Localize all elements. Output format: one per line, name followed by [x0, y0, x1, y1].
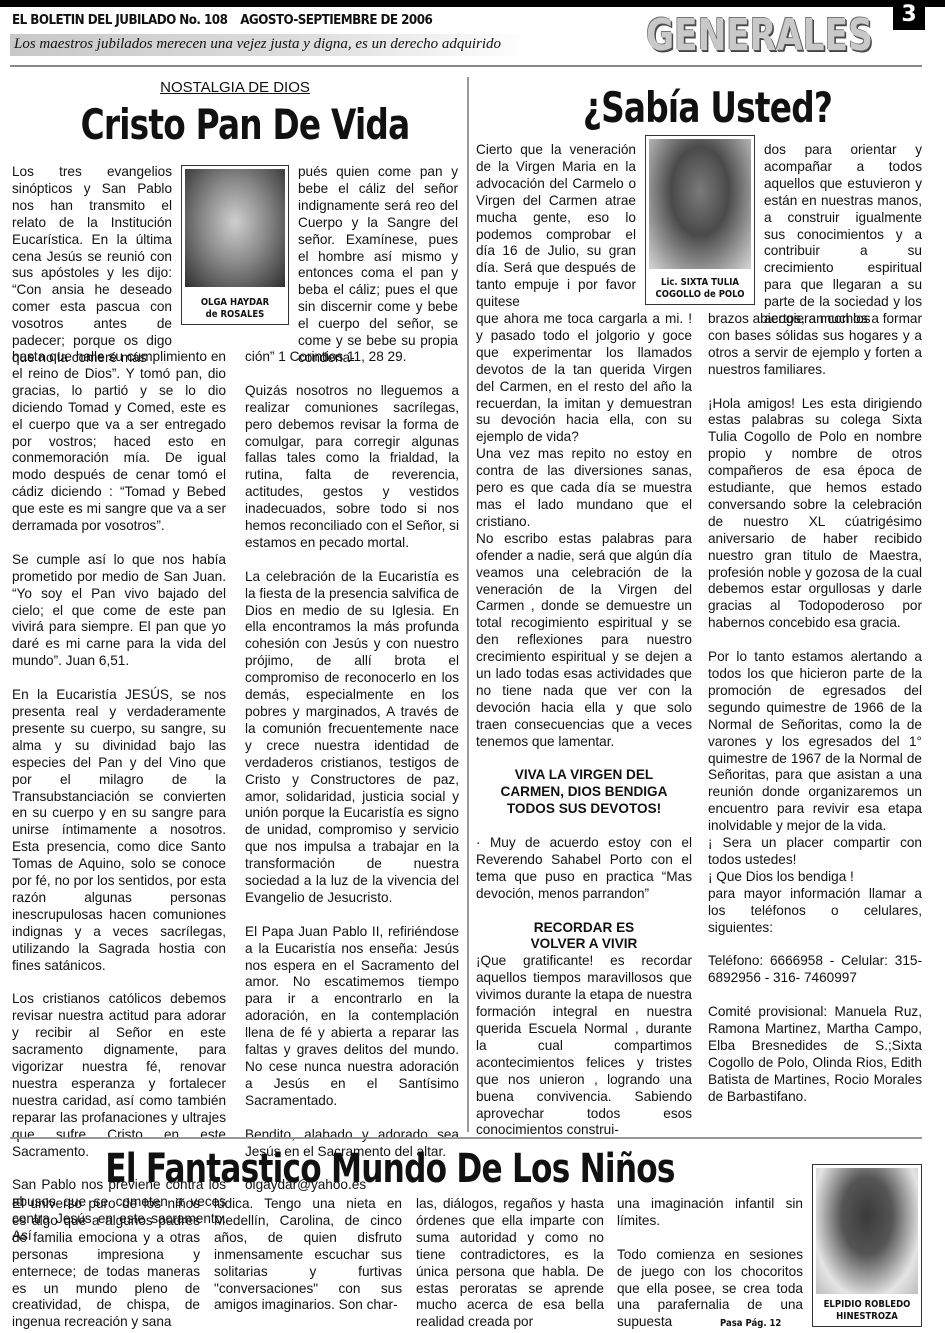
header-divider — [10, 65, 922, 67]
article2-col4-intro: dos para orientar y acompañar a todos aq… — [764, 142, 922, 328]
article1-col2: ción” 1 Corintios 11, 28 29. Quizás noso… — [245, 349, 459, 1194]
author-photo-olga-haydar: OLGA HAYDAR de ROSALES — [181, 165, 289, 325]
article3-col1: El universo puro de los niños es algo qu… — [12, 1196, 200, 1331]
contact-phones: Teléfono: 6666958 - Celular: 315-6892956… — [708, 953, 922, 987]
author-photo-elpidio-robledo: ELPIDIO ROBLEDO HINESTROZA — [812, 1164, 922, 1327]
portrait-image — [649, 139, 751, 269]
section-title: GENERALES — [646, 12, 873, 60]
article2-col3-intro: Cierto que la veneración de la Virgen Ma… — [476, 142, 636, 311]
article2-headline: ¿Sabía Usted? — [522, 85, 893, 131]
section-divider — [10, 1137, 922, 1139]
committee-list: Comité provisional: Manuela Ruz, Ramona … — [708, 1004, 922, 1105]
article1-col1: hasta que halle su cumplimiento en el re… — [12, 349, 226, 1245]
portrait-image — [185, 169, 285, 287]
author-photo-sixta-tulia: Lic. SIXTA TULIA COGOLLO de POLO — [645, 135, 755, 305]
masthead-top-bar — [0, 0, 945, 7]
article3-headline: El Fantastico Mundo De Los Niños — [86, 1146, 694, 1192]
continued-on-page: Pasa Pág. 12 — [720, 1318, 781, 1329]
article2-col4: brazos abiertos, a muchos a formar con b… — [708, 311, 922, 1106]
subheading-viva-la-virgen: VIVA LA VIRGEN DEL CARMEN, DIOS BENDIGA … — [476, 767, 692, 818]
photo-caption: ELPIDIO ROBLEDO HINESTROZA — [821, 1299, 913, 1323]
publication-name: EL BOLETIN DEL JUBILADO No. 108 — [12, 13, 227, 28]
publication-line: EL BOLETIN DEL JUBILADO No. 108AGOSTO-SE… — [12, 13, 432, 28]
article1-headline: Cristo Pan De Vida — [54, 102, 436, 148]
article3-col2: lúdica. Tengo una nieta en Medellín, Car… — [214, 1196, 402, 1314]
photo-caption: Lic. SIXTA TULIA COGOLLO de POLO — [654, 277, 746, 301]
article3-col3: las, diálogos, regaños y hasta órdenes q… — [416, 1196, 604, 1331]
tagline: Los maestros jubilados merecen una vejez… — [14, 36, 501, 53]
article1-col1-intro: Los tres evangelios sinópticos y San Pab… — [12, 164, 172, 367]
portrait-image — [816, 1168, 918, 1294]
subheading-recordar: RECORDAR ES VOLVER A VIVIR — [476, 920, 692, 954]
tagline-band: Los maestros jubilados merecen una vejez… — [10, 34, 530, 56]
article2-col3: que ahora me toca cargarla a mi. ! y pas… — [476, 311, 692, 1139]
article3-col4: una imaginación infantil sin límites. To… — [617, 1196, 803, 1331]
page-number: 3 — [893, 0, 925, 30]
photo-caption: OLGA HAYDAR de ROSALES — [190, 297, 280, 321]
article1-col2-intro: pués quien come pan y bebe el cáliz del … — [298, 164, 458, 367]
column-divider — [467, 77, 469, 1132]
article1-kicker: NOSTALGIA DE DIOS — [0, 79, 470, 96]
issue-date: AGOSTO-SEPTIEMBRE DE 2006 — [240, 13, 432, 28]
